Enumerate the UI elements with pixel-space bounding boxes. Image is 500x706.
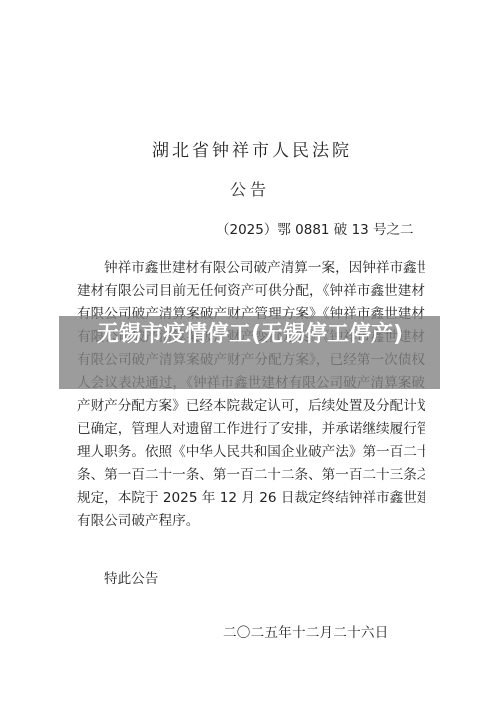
body-line: 钟祥市鑫世建材有限公司破产清算一案，因钟祥市鑫世	[77, 257, 425, 280]
body-line: 条、第一百二十一条、第一百二十二条、第一百二十三条之	[77, 464, 425, 487]
case-number: （2025）鄂 0881 破 13 号之二	[216, 218, 414, 238]
body-line: 建材有限公司目前无任何资产可供分配，《钟祥市鑫世建材	[77, 280, 425, 303]
body-line: 有限公司破产程序。	[77, 510, 425, 533]
court-name: 湖北省钟祥市人民法院	[0, 136, 500, 161]
body-line: 已确定，管理人对遗留工作进行了安排，并承诺继续履行管	[77, 418, 425, 441]
closing-statement: 特此公告	[104, 567, 158, 587]
watermark-title: 无锡市疫情停工(无锡停工停产)	[70, 320, 430, 350]
document-type-title: 公告	[0, 177, 500, 200]
announcement-body: 钟祥市鑫世建材有限公司破产清算一案，因钟祥市鑫世 建材有限公司目前无任何资产可供…	[77, 257, 425, 533]
body-line: 规定，本院于 2025 年 12 月 26 日裁定终结钟祥市鑫世建材	[77, 487, 425, 510]
body-line: 理人职务。依照《中华人民共和国企业破产法》第一百二十	[77, 441, 425, 464]
body-line: 产财产分配方案》已经本院裁定认可，后续处置及分配计划	[77, 395, 425, 418]
issue-date: 二〇二五年十二月二十六日	[223, 621, 389, 641]
